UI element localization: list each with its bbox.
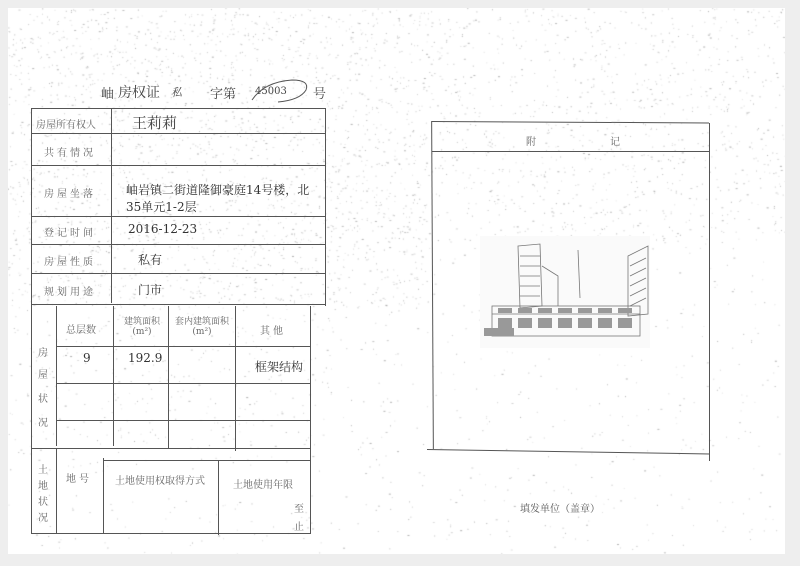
row-value-location: 岫岩镇二街道隆御豪庭14号楼，北35单元1-2层 bbox=[126, 182, 321, 216]
row-label-property-nature: 房屋性质 bbox=[44, 253, 96, 268]
header-land-use-term: 土地使用年限 bbox=[233, 476, 293, 491]
land-side-1: 土 bbox=[38, 461, 48, 476]
row-label-owner: 房屋所有权人 bbox=[36, 116, 96, 131]
row-label-reg-date: 登记时间 bbox=[44, 224, 96, 239]
row-value-property-nature: 私有 bbox=[138, 251, 162, 268]
cell-building-area: 192.9 bbox=[128, 351, 162, 365]
row-label-planned-use: 规划用途 bbox=[44, 283, 96, 298]
row-value-planned-use: 门市 bbox=[138, 281, 162, 298]
header-land-number: 地号 bbox=[66, 470, 92, 485]
term-to-mark: 至 bbox=[294, 500, 304, 515]
annex-title-left: 附 bbox=[526, 133, 539, 148]
header-inner-area: 套内建筑面积(m²) bbox=[171, 314, 233, 337]
land-side-3: 状 bbox=[38, 493, 48, 508]
house-side-3: 状 bbox=[38, 390, 48, 405]
row-value-reg-date: 2016-12-23 bbox=[128, 222, 197, 236]
row-label-co-ownership: 共有情况 bbox=[44, 144, 96, 159]
cert-hao: 号 bbox=[313, 83, 326, 102]
land-side-2: 地 bbox=[38, 477, 48, 492]
house-side-2: 屋 bbox=[38, 366, 48, 381]
header-other: 其他 bbox=[260, 322, 286, 337]
cert-prefix: 岫 bbox=[101, 83, 114, 102]
header-total-floors: 总层数 bbox=[66, 321, 96, 336]
annex-title-right: 记 bbox=[610, 133, 623, 148]
term-end-mark: 止 bbox=[294, 518, 304, 533]
house-side-4: 况 bbox=[38, 414, 48, 429]
issuer-label: 填发单位（盖章） bbox=[520, 500, 600, 515]
header-land-acquire-method: 土地使用权取得方式 bbox=[115, 472, 205, 487]
cert-type: 私 bbox=[171, 84, 182, 100]
cell-total-floors: 9 bbox=[83, 351, 91, 365]
building-photo bbox=[480, 236, 650, 348]
cell-other: 框架结构 bbox=[255, 358, 303, 375]
land-side-4: 况 bbox=[38, 509, 48, 524]
house-side-1: 房 bbox=[38, 344, 48, 359]
cert-title: 房权证 bbox=[118, 82, 160, 102]
row-value-owner: 王莉莉 bbox=[132, 112, 177, 133]
cert-zidi: 字第 bbox=[210, 83, 236, 102]
scanned-certificate-page: 岫 房权证 私 字第 45003 号 房屋所有权人 王莉莉 共有情况 房屋坐落 … bbox=[8, 8, 785, 554]
handwritten-circle-mark bbox=[244, 76, 314, 106]
row-label-location: 房屋坐落 bbox=[44, 185, 96, 200]
header-building-area: 建筑面积(m²) bbox=[118, 314, 166, 337]
